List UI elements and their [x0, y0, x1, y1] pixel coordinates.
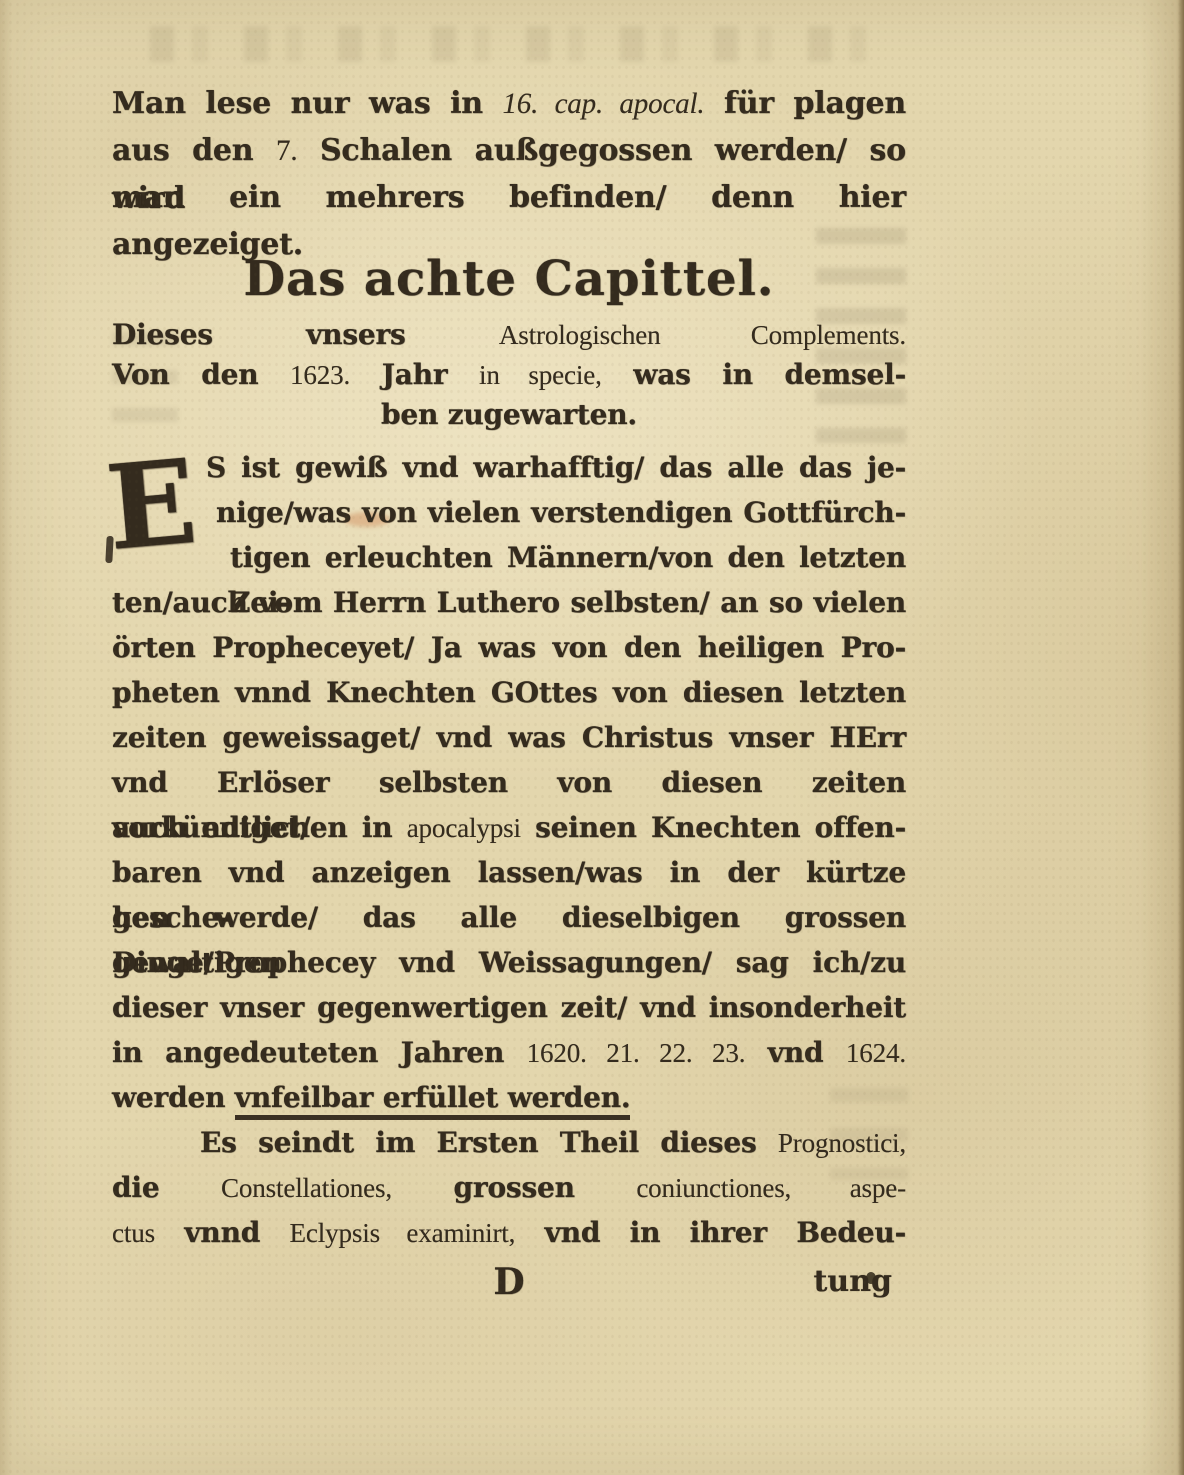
signature-mark: D — [112, 1257, 906, 1307]
text-segment: 16. cap. apocal. — [502, 88, 704, 120]
text-segment: aus den — [112, 133, 276, 168]
text-segment: Jahr — [350, 358, 479, 391]
body-line: tigen erleuchten Männern/von den letzten… — [112, 535, 906, 580]
body-paragraph: E S ist gewiß vnd warhafftig/ das alle d… — [112, 445, 906, 1120]
book-page: Man lese nur was in 16. cap. apocal. für… — [0, 0, 1184, 1475]
text-segment: Astrologischen Complements. — [499, 320, 906, 350]
text-segment: vnfeilbar erfüllet werden. — [235, 1081, 631, 1120]
body-line: zeiten geweissaget/ vnd was Christus vns… — [112, 715, 906, 760]
text-segment: Von den — [112, 358, 290, 391]
subheading-line: Dieses vnsers Astrologischen Complements… — [112, 315, 906, 355]
text-segment: was in demsel- — [602, 358, 906, 391]
text-segment: auch entlichen in — [112, 811, 407, 844]
text-segment: vnnd — [155, 1216, 290, 1249]
text-segment: für plagen — [705, 86, 907, 121]
text-segment: 1623. — [290, 360, 350, 390]
text-segment: ctus — [112, 1218, 155, 1248]
body-line: pheten vnnd Knechten GOttes von diesen l… — [112, 670, 906, 715]
drop-cap-initial: E — [102, 437, 210, 587]
text-segment: die — [112, 1171, 221, 1204]
text-segment: coniunctiones, aspe- — [636, 1173, 906, 1203]
text-segment: örten Propheceyet/ Ja was von den heilig… — [112, 631, 906, 664]
catchword: tung — [814, 1257, 892, 1307]
body-line: vnd Erlöser selbsten von diesen zeiten v… — [112, 760, 906, 805]
second-paragraph: Es seindt im Ersten Theil dieses Prognos… — [112, 1120, 906, 1255]
body-line: nige/was von vielen verstendigen Gottfür… — [112, 490, 906, 535]
signature-row: D tung — [112, 1257, 906, 1309]
body-line: Dinge/Prophecey vnd Weissagungen/ sag ic… — [112, 940, 906, 985]
text-segment: seinen Knechten offen- — [521, 811, 906, 844]
intro-line: aus den 7. Schalen außgegossen werden/ s… — [112, 127, 906, 174]
text-segment: zeiten geweissaget/ vnd was Christus vns… — [112, 721, 906, 754]
text-segment: ten/auch vom Herrn Luthero selbsten/ an … — [112, 586, 906, 619]
subheading-line: ben zugewarten. — [112, 395, 906, 435]
text-segment: vnd — [745, 1036, 846, 1069]
paragraph-line: ctus vnnd Eclypsis examinirt, vnd in ihr… — [112, 1210, 906, 1255]
text-segment: Eclypsis examinirt, — [290, 1218, 516, 1248]
body-line: ten/auch vom Herrn Luthero selbsten/ an … — [112, 580, 906, 625]
body-line: hen werde/ das alle dieselbigen grossen … — [112, 895, 906, 940]
paragraph-line: die Constellationes, grossen coniunction… — [112, 1165, 906, 1210]
text-segment: 1620. 21. 22. 23. — [527, 1038, 746, 1068]
text-segment: pheten vnnd Knechten GOttes von diesen l… — [112, 676, 906, 709]
intro-line: man ein mehrers befinden/ denn hier ange… — [112, 174, 906, 221]
intro-line: Man lese nur was in 16. cap. apocal. für… — [112, 80, 906, 127]
text-segment: Dinge/Prophecey vnd Weissagungen/ sag ic… — [112, 946, 906, 979]
body-line: baren vnd anzeigen lassen/was in der kür… — [112, 850, 906, 895]
text-segment: apocalypsi — [407, 813, 521, 843]
body-line: dieser vnser gegenwertigen zeit/ vnd ins… — [112, 985, 906, 1030]
text-segment: dieser vnser gegenwertigen zeit/ vnd ins… — [112, 991, 906, 1024]
text-segment: Prognostici, — [778, 1128, 906, 1158]
body-line: örten Propheceyet/ Ja was von den heilig… — [112, 625, 906, 670]
page-edge-shadow — [1178, 0, 1184, 1475]
text-segment: Constellationes, — [221, 1173, 392, 1203]
text-segment: in angedeuteten Jahren — [112, 1036, 527, 1069]
text-segment: werden — [112, 1081, 235, 1114]
text-segment: nige/was von vielen verstendigen Gottfür… — [216, 496, 906, 529]
text-segment: 1624. — [846, 1038, 906, 1068]
body-line-underlined: werden vnfeilbar erfüllet werden. — [112, 1075, 906, 1120]
subheading-line: Von den 1623. Jahr in specie, was in dem… — [112, 355, 906, 395]
text-block: Man lese nur was in 16. cap. apocal. für… — [112, 80, 906, 1309]
bleedthrough-top — [150, 26, 890, 62]
paragraph-line: Es seindt im Ersten Theil dieses Prognos… — [112, 1120, 906, 1165]
body-line: auch entlichen in apocalypsi seinen Knec… — [112, 805, 906, 850]
text-segment: ben zugewarten. — [381, 398, 637, 431]
text-segment: 7. — [276, 135, 297, 167]
intro-paragraph: Man lese nur was in 16. cap. apocal. für… — [112, 80, 906, 221]
chapter-subheading: Dieses vnsers Astrologischen Complements… — [112, 315, 906, 435]
text-segment: grossen — [392, 1171, 636, 1204]
body-line: in angedeuteten Jahren 1620. 21. 22. 23.… — [112, 1030, 906, 1075]
body-line: S ist gewiß vnd warhafftig/ das alle das… — [112, 445, 906, 490]
text-segment: vnd in ihrer Bedeu- — [515, 1216, 906, 1249]
text-segment: Man lese nur was in — [112, 86, 502, 121]
text-segment: S ist gewiß vnd warhafftig/ das alle das… — [206, 451, 906, 484]
text-segment: Dieses vnsers — [112, 318, 499, 351]
text-segment: in specie, — [479, 360, 602, 390]
text-segment: Es seindt im Ersten Theil dieses — [200, 1126, 778, 1159]
